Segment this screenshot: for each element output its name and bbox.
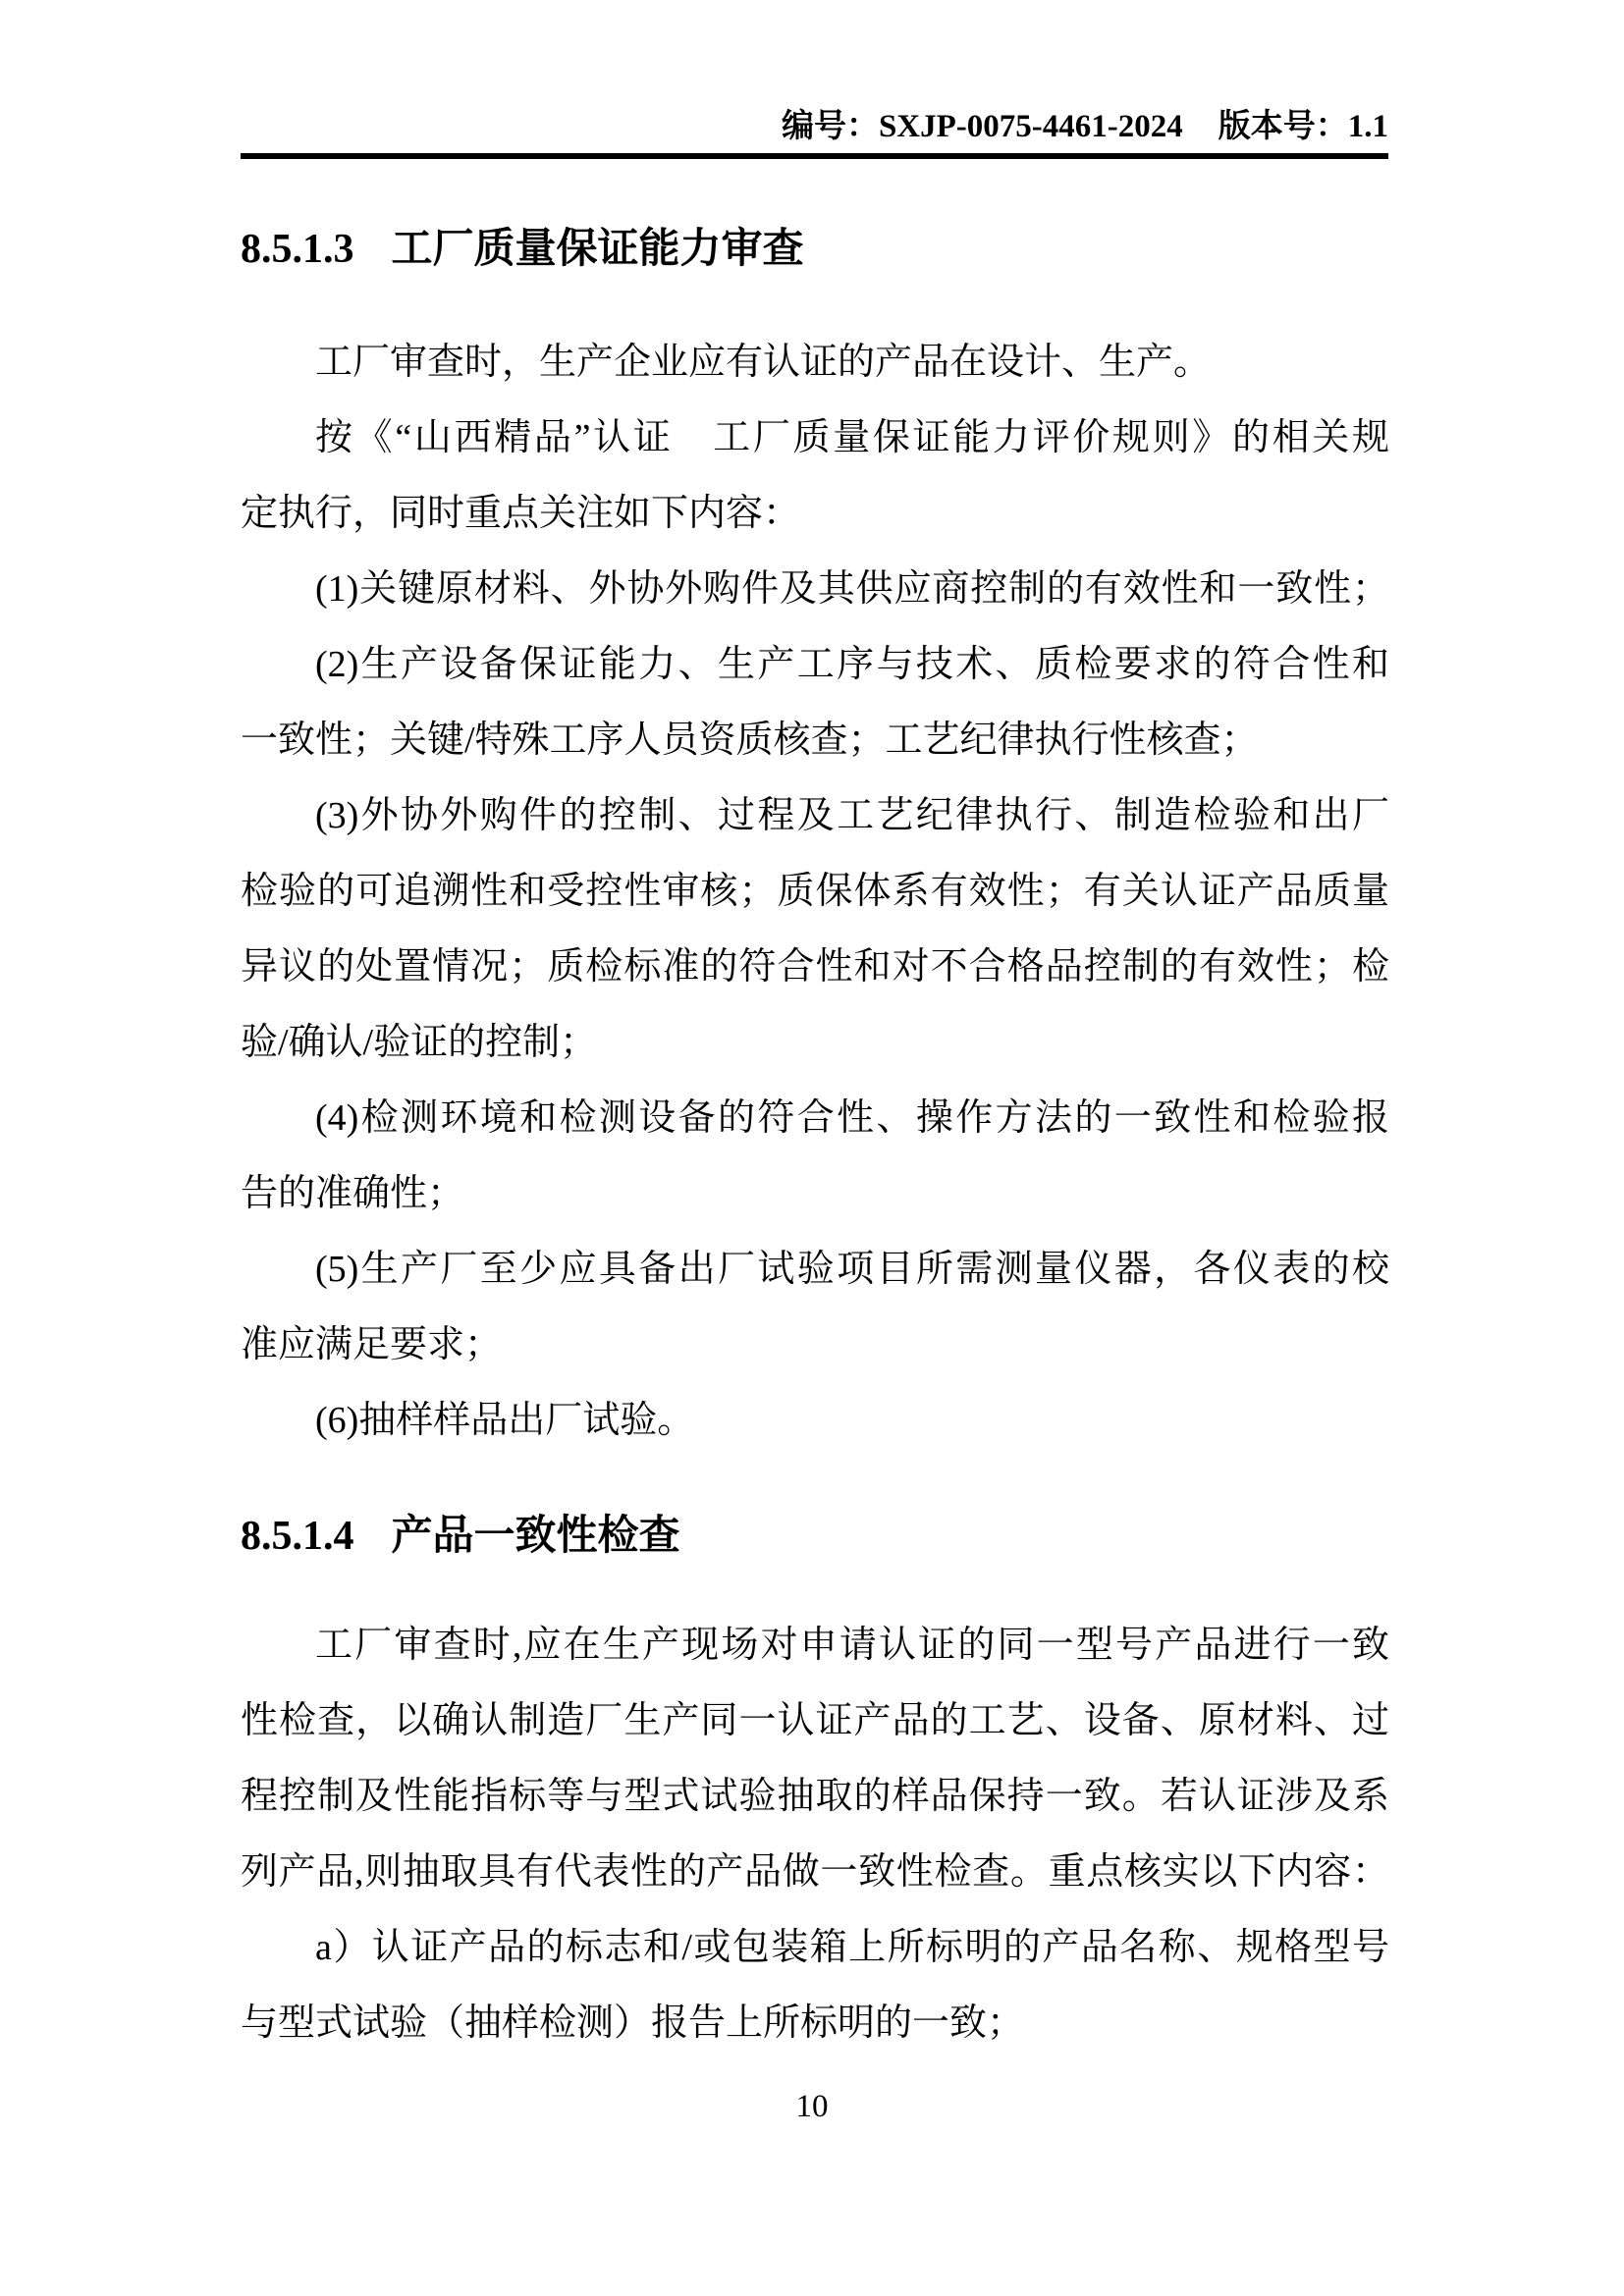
text-line: 按《“山西精品”认证 工厂质量保证能力评价规则》的相关规 [241, 400, 1389, 476]
text-line: 告的准确性； [241, 1156, 1389, 1232]
section-heading-8-5-1-3: 8.5.1.3工厂质量保证能力审查 [241, 220, 1389, 279]
page-footer: 10 [0, 2085, 1624, 2128]
text-line: 列产品,则抽取具有代表性的产品做一致性检查。重点核实以下内容： [241, 1835, 1389, 1910]
header-rule [241, 153, 1388, 159]
text-line: (5)生产厂至少应具备出厂试验项目所需测量仪器，各仪表的校 [241, 1232, 1389, 1308]
doc-number: 编号：SXJP-0075-4461-2024 [782, 109, 1183, 144]
section-title: 产品一致性检查 [392, 1514, 680, 1559]
page-number: 10 [796, 2089, 829, 2124]
section-heading-8-5-1-4: 8.5.1.4产品一致性检查 [241, 1507, 1389, 1566]
text-line: 检验的可追溯性和受控性审核；质保体系有效性；有关认证产品质量 [241, 854, 1389, 930]
text-line: (3)外协外购件的控制、过程及工艺纪律执行、制造检验和出厂 [241, 778, 1389, 854]
text-line: 验/确认/验证的控制； [241, 1005, 1389, 1081]
section-number: 8.5.1.3 [241, 227, 354, 272]
text-line: 一致性；关键/特殊工序人员资质核查；工艺纪律执行性核查； [241, 703, 1389, 778]
text-line: (6)抽样样品出厂试验。 [241, 1383, 1389, 1459]
text-line: (2)生产设备保证能力、生产工序与技术、质检要求的符合性和 [241, 627, 1389, 703]
text-line: a）认证产品的标志和/或包装箱上所标明的产品名称、规格型号 [241, 1910, 1389, 1986]
text-line: (4)检测环境和检测设备的符合性、操作方法的一致性和检验报 [241, 1081, 1389, 1156]
text-line: 与型式试验（抽样检测）报告上所标明的一致； [241, 1986, 1389, 2061]
text-line: 定执行，同时重点关注如下内容： [241, 476, 1389, 552]
page-header: 编号：SXJP-0075-4461-2024版本号：1.1 [241, 106, 1388, 147]
section-title: 工厂质量保证能力审查 [392, 227, 804, 272]
text-line: 准应满足要求； [241, 1308, 1389, 1383]
text-line: 工厂审查时，生产企业应有认证的产品在设计、生产。 [241, 325, 1389, 400]
text-line: 性检查，以确认制造厂生产同一认证产品的工艺、设备、原材料、过 [241, 1683, 1389, 1759]
text-line: 异议的处置情况；质检标准的符合性和对不合格品控制的有效性；检 [241, 930, 1389, 1005]
text-line: 工厂审查时,应在生产现场对申请认证的同一型号产品进行一致 [241, 1608, 1389, 1683]
section-number: 8.5.1.4 [241, 1514, 354, 1559]
document-page: 编号：SXJP-0075-4461-2024版本号：1.1 8.5.1.3工厂质… [0, 0, 1624, 2296]
doc-version: 版本号：1.1 [1218, 109, 1388, 144]
document-body: 8.5.1.3工厂质量保证能力审查 工厂审查时，生产企业应有认证的产品在设计、生… [241, 220, 1389, 2061]
text-line: (1)关键原材料、外协外购件及其供应商控制的有效性和一致性； [241, 552, 1389, 627]
text-line: 程控制及性能指标等与型式试验抽取的样品保持一致。若认证涉及系 [241, 1759, 1389, 1835]
